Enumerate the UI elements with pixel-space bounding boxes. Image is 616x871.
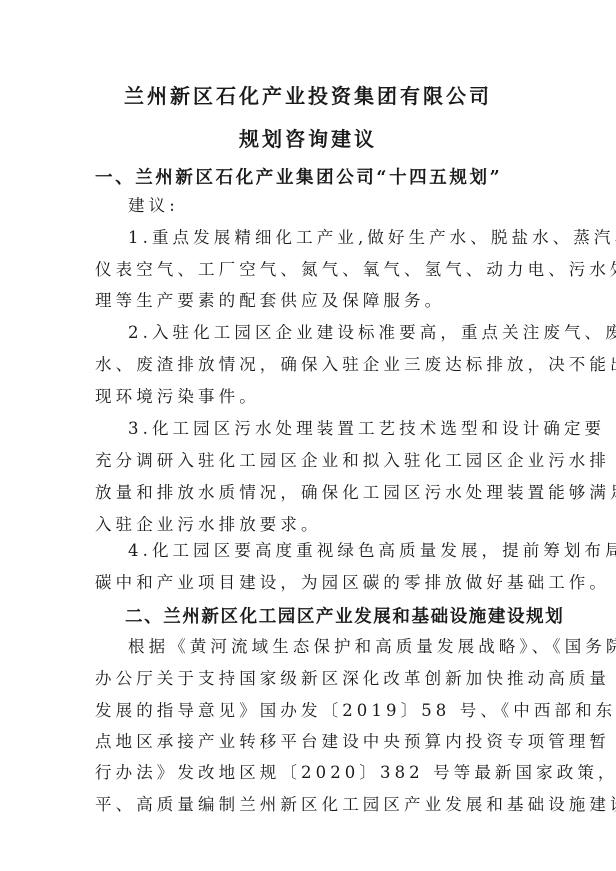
paragraph-line: 碳中和产业项目建设，为园区碳的零排放做好基础工作。 <box>95 572 525 594</box>
paragraph-line: 平、高质量编制兰州新区化工园区产业发展和基础设施建设 <box>95 794 525 816</box>
paragraph-line: 办公厅关于支持国家级新区深化改革创新加快推动高质量 <box>95 668 525 690</box>
paragraph-line: 1.重点发展精细化工产业,做好生产水、脱盐水、蒸汽、 <box>128 227 558 249</box>
paragraph-line: 现环境污染事件。 <box>95 386 525 408</box>
paragraph-line: 2.入驻化工园区企业建设标准要高，重点关注废气、废 <box>128 322 558 344</box>
section-2-heading: 二、兰州新区化工园区产业发展和基础设施建设规划 <box>125 603 564 628</box>
paragraph-line: 入驻企业污水排放要求。 <box>95 514 525 536</box>
paragraph-line: 发展的指导意见》国办发〔2019〕58 号、《中西部和东北重 <box>95 700 525 722</box>
paragraph-line: 理等生产要素的配套供应及保障服务。 <box>95 290 525 312</box>
document-subtitle: 规划咨询建议 <box>0 123 616 152</box>
document-page: 兰州新区石化产业投资集团有限公司 规划咨询建议 一、兰州新区石化产业集团公司“十… <box>0 0 616 871</box>
paragraph-line: 放量和排放水质情况，确保化工园区污水处理装置能够满足 <box>95 482 525 504</box>
paragraph-line: 仪表空气、工厂空气、氮气、氧气、氢气、动力电、污水处 <box>95 259 525 281</box>
paragraph-line: 点地区承接产业转移平台建设中央预算内投资专项管理暂 <box>95 731 525 753</box>
section-1-heading: 一、兰州新区石化产业集团公司“十四五规划” <box>95 164 502 189</box>
document-title: 兰州新区石化产业投资集团有限公司 <box>0 80 616 109</box>
paragraph-line: 3.化工园区污水处理装置工艺技术选型和设计确定要 <box>128 418 558 440</box>
paragraph-line: 水、废渣排放情况，确保入驻企业三废达标排放，决不能出 <box>95 354 525 376</box>
section-1-intro: 建议: <box>128 195 558 217</box>
paragraph-line: 4.化工园区要高度重视绿色高质量发展，提前筹划布局 <box>128 540 558 562</box>
paragraph-line: 根据《黄河流域生态保护和高质量发展战略》、《国务院 <box>128 636 558 658</box>
paragraph-line: 行办法》发改地区规〔2020〕382 号等最新国家政策，高水 <box>95 762 525 784</box>
paragraph-line: 充分调研入驻化工园区企业和拟入驻化工园区企业污水排 <box>95 450 525 472</box>
